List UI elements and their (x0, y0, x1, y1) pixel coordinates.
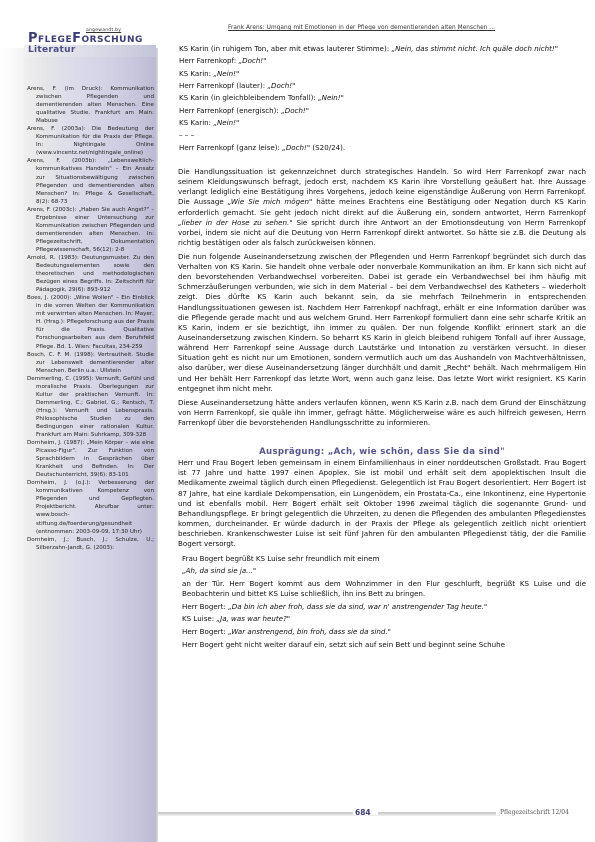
dialogue-speaker: KS Karin: (179, 118, 213, 127)
dialogue-quote: „Da bin ich aber froh, dass sie da sind,… (228, 602, 487, 611)
reference-list: Arens, F. (im Druck): Kommunikation zwis… (27, 85, 154, 552)
dialogue-line: Herr Bogert: „Da bin ich aber froh, dass… (178, 602, 586, 612)
dialogue-quote: „Doch!" (238, 56, 266, 65)
dialogue-line: KS Karin (in gleichbleibendem Tonfall): … (178, 93, 586, 103)
body-paragraph: Diese Auseinandersetzung hätte anders ve… (178, 398, 586, 428)
dialogue-speaker: KS Karin (in ruhigem Ton, aber mit etwas… (179, 44, 391, 53)
dialogue-speaker: Herr Bogert: (182, 602, 228, 611)
dialogue-line: KS Karin (in ruhigem Ton, aber mit etwas… (178, 44, 586, 54)
dialogue-speaker: Herr Farrenkopf (lauter): (179, 81, 267, 90)
reference-item: Arens, F. (2003b): „Lebensweltlich-kommu… (27, 157, 154, 205)
running-head: Frank Arens: Umgang mit Emotionen in der… (228, 25, 588, 31)
reference-item: Dornheim, J. (o.J.): Verbesserung der ko… (27, 479, 154, 535)
reference-item: Demmerling, C. (1995): Vernunft, Gefühl … (27, 375, 154, 439)
dialogue-quote: „Ja, was war heute?" (216, 614, 290, 623)
reference-item: Arens, F. (2003c): „Haben Sie auch Angst… (27, 206, 154, 254)
section-label: Literatur (28, 45, 76, 55)
dialogue-line: Herr Farrenkopf: „Doch!" (178, 56, 586, 66)
dialogue-line: KS Luise: „Ja, was war heute?" (178, 614, 586, 624)
italic-quote: „lieber in der Hose zu sehen." (178, 218, 293, 227)
section-heading: Ausprägung: „Ach, wie schön, dass Sie da… (178, 447, 586, 457)
reference-item: Arens, F. (im Druck): Kommunikation zwis… (27, 85, 154, 125)
dialogue-quote: „War anstrengend, bin froh, dass sie da … (228, 627, 391, 636)
dialogue-speaker: KS Luise: (182, 614, 216, 623)
journal-issue: Pflegezeitschrift 12/04 (500, 809, 569, 816)
brand-title: PflegeForschung (28, 31, 143, 46)
sidebar-fade (0, 48, 24, 842)
dialogue-speaker: KS Karin (in gleichbleibendem Tonfall): (179, 93, 318, 102)
dialogue-speaker: – – – (179, 130, 194, 139)
dialogue-line: Herr Farrenkopf (energisch): „Doch!" (178, 106, 586, 116)
reference-item: Bosch, C. F. M. (1998): Vertrautheit. St… (27, 351, 154, 375)
dialogue-quote: „Nein, das stimmt nicht. Ich quäle doch … (391, 44, 558, 53)
dialogue-quote: „Nein!" (213, 118, 239, 127)
dialogue-quote: „Nein!" (213, 69, 239, 78)
footer-underline (158, 815, 503, 816)
reference-item: Arens, F. (2003a): Die Bedeutung der Kom… (27, 125, 154, 157)
dialogue-speaker: Herr Farrenkopf: (179, 56, 238, 65)
reference-item: Boes, J. (2000): „Wine Wollen" – Ein Ein… (27, 294, 154, 350)
dialogue-line: Herr Farrenkopf (ganz leise): „Doch!" (S… (178, 143, 586, 153)
quote-line: „Ah, da sind sie ja..." (178, 566, 586, 576)
dialogue-speaker: Herr Farrenkopf (energisch): (179, 106, 281, 115)
reference-item: Dornheim, J. (1987): „Mein Körper – wie … (27, 439, 154, 479)
italic-quote: „Ah, da sind sie ja..." (182, 566, 256, 575)
reference-item: Dornheim, J.; Busch, J.; Schulze, U.; Si… (27, 536, 154, 552)
body-paragraph: Die nun folgende Auseinandersetzung zwis… (178, 252, 586, 394)
dialogue-line: Herr Farrenkopf (lauter): „Doch!" (178, 81, 586, 91)
italic-quote: „Wie Sie mich mögen" (228, 197, 312, 206)
dialogue-block-1: KS Karin (in ruhigem Ton, aber mit etwas… (178, 44, 586, 153)
main-text-column: KS Karin (in ruhigem Ton, aber mit etwas… (178, 44, 586, 652)
narrative-line: an der Tür. Herr Bogert kommt aus dem Wo… (178, 579, 586, 599)
dialogue-line: KS Karin: „Nein!" (178, 118, 586, 128)
body-paragraph: Herr und Frau Bogert leben gemeinsam in … (178, 458, 586, 549)
dialogue-quote: „Doch!" (282, 143, 310, 152)
dialogue-citation: (S20/24). (310, 143, 345, 152)
narrative-line: Frau Bogert begrüßt KS Luise sehr freund… (178, 554, 586, 564)
dialogue-speaker: KS Karin: (179, 69, 213, 78)
reference-item: Arnold, R. (1983): Deutungsmuster. Zu de… (27, 254, 154, 294)
dialogue-line: Herr Bogert: „War anstrengend, bin froh,… (178, 627, 586, 637)
narrative-line: Herr Bogert geht nicht weiter darauf ein… (178, 640, 586, 650)
dialogue-speaker: Herr Farrenkopf (ganz leise): (179, 143, 282, 152)
dialogue-quote: „Doch!" (281, 106, 309, 115)
dialogue-quote: „Nein!" (318, 93, 344, 102)
body-paragraph: Die Handlungssituation ist gekennzeichne… (178, 167, 586, 248)
dialogue-speaker: Herr Bogert: (182, 627, 228, 636)
dialogue-line: KS Karin: „Nein!" (178, 69, 586, 79)
sidebar-edge (155, 48, 158, 842)
dialogue-ellipsis: – – – (178, 130, 586, 140)
dialogue-quote: „Doch!" (267, 81, 295, 90)
